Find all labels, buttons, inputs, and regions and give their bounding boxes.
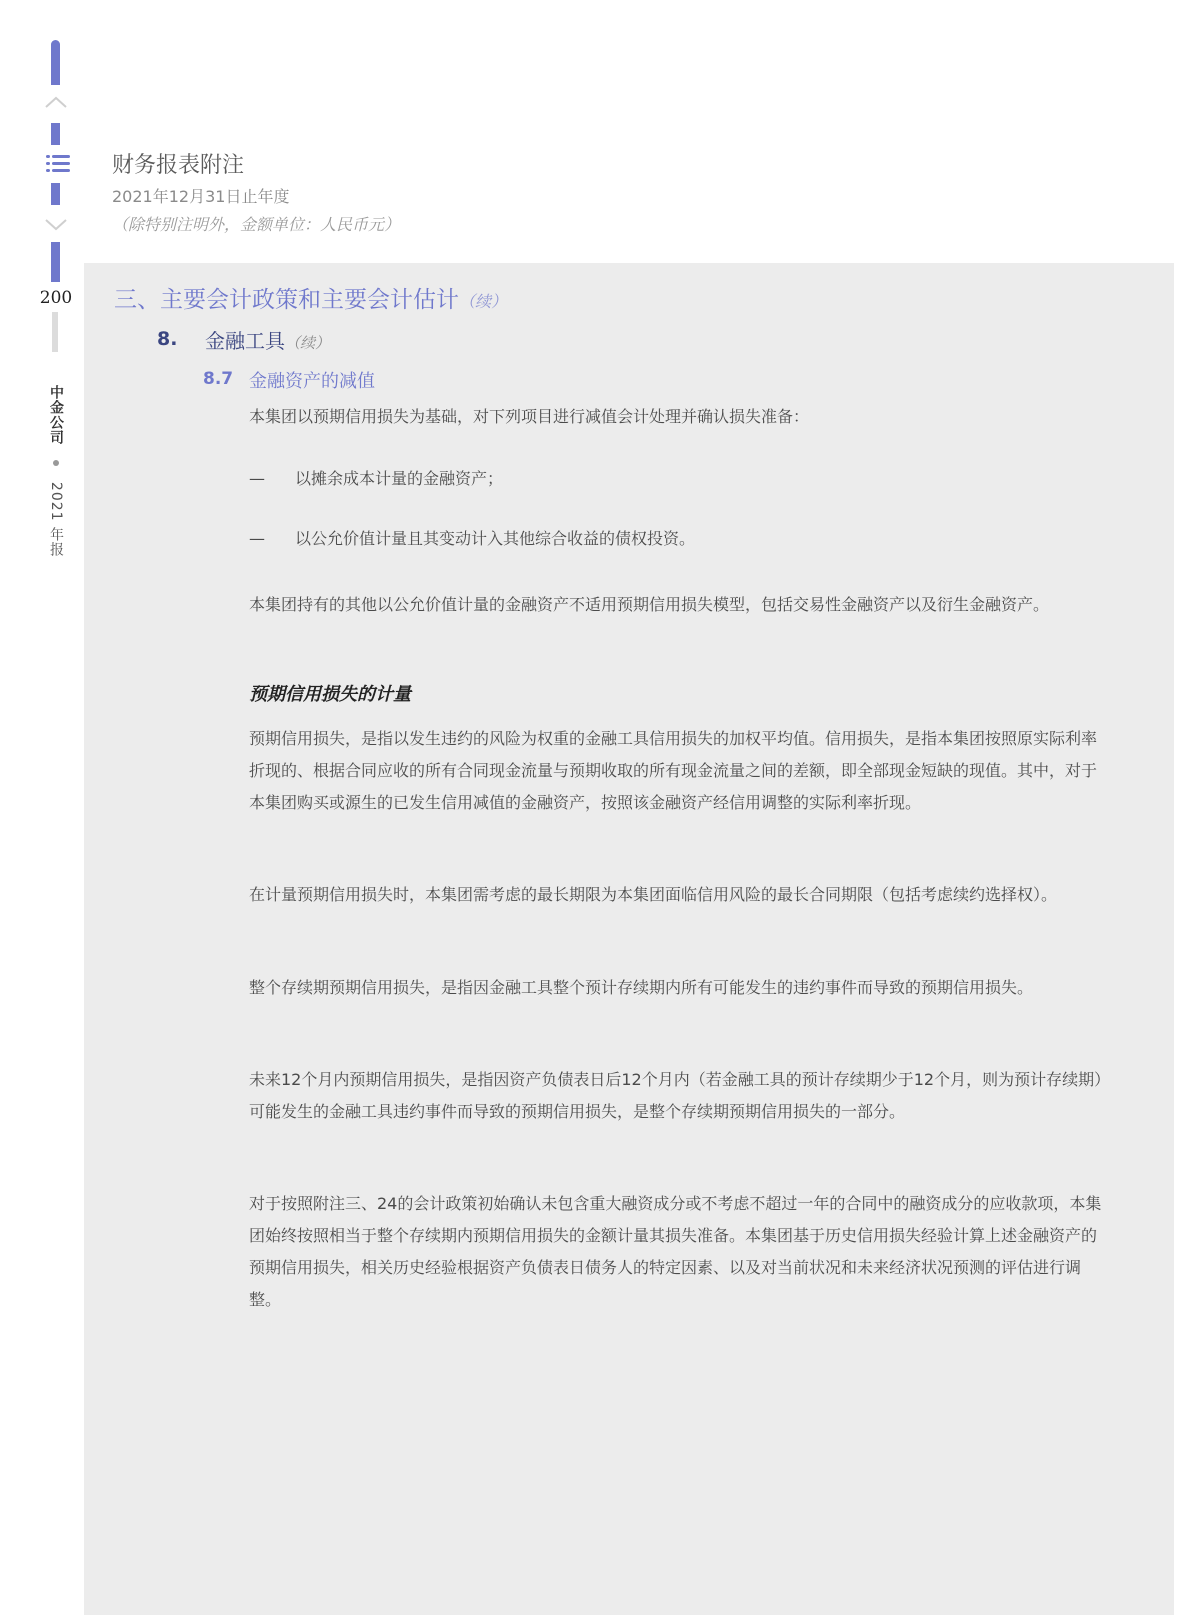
unit-note: （除特别注明外，金额单位：人民币元）: [112, 212, 400, 235]
continued-label: （续）: [285, 334, 330, 352]
page-number: 200: [30, 288, 82, 308]
dash-marker: —: [249, 469, 295, 488]
paragraph: 预期信用损失，是指以发生违约的风险为权重的金融工具信用损失的加权平均值。信用损失…: [249, 723, 1105, 819]
content-panel: [84, 263, 1174, 1615]
subsection-heading: 金融工具（续）: [205, 325, 330, 354]
chevron-up-icon[interactable]: [44, 95, 68, 109]
paragraph: 本集团持有的其他以公允价值计量的金融资产不适用预期信用损失模型，包括交易性金融资…: [249, 589, 1105, 621]
document-title: 财务报表附注: [112, 148, 244, 179]
section-title: 三、主要会计政策和主要会计估计: [114, 287, 459, 313]
paragraph: 未来12个月内预期信用损失，是指因资产负债表日后12个月内（若金融工具的预计存续…: [249, 1064, 1105, 1128]
subsubsection-number: 8.7: [203, 369, 233, 389]
intro-paragraph: 本集团以预期信用损失为基础，对下列项目进行减值会计处理并确认损失准备：: [249, 401, 1105, 433]
separator-dot: [53, 460, 59, 466]
nav-bar-segment: [51, 183, 60, 205]
subsection-number: 8.: [157, 328, 177, 350]
nav-bar-segment: [51, 242, 60, 282]
report-year: 2021 年报: [48, 482, 64, 557]
paragraph: 整个存续期预期信用损失，是指因金融工具整个预计存续期内所有可能发生的违约事件而导…: [249, 972, 1105, 1004]
subheading: 预期信用损失的计量: [249, 680, 411, 706]
list-item-text: 以公允价值计量且其变动计入其他综合收益的债权投资。: [295, 529, 695, 548]
list-item: —以摊余成本计量的金融资产；: [249, 466, 503, 489]
chevron-down-icon[interactable]: [44, 218, 68, 232]
dash-marker: —: [249, 529, 295, 548]
side-navigation: 200 中金公司 2021 年报: [0, 0, 84, 1615]
nav-bar-segment-inactive: [52, 312, 58, 352]
period-label: 2021年12月31日止年度: [112, 184, 289, 207]
section-heading: 三、主要会计政策和主要会计估计（续）: [114, 281, 507, 314]
subsubsection-title: 金融资产的减值: [249, 367, 375, 393]
company-name: 中金公司: [48, 385, 64, 445]
paragraph: 在计量预期信用损失时，本集团需考虑的最长期限为本集团面临信用风险的最长合同期限（…: [249, 879, 1105, 911]
paragraph: 对于按照附注三、24的会计政策初始确认未包含重大融资成分或不考虑不超过一年的合同…: [249, 1188, 1105, 1316]
nav-bar-segment: [51, 40, 60, 85]
list-item: —以公允价值计量且其变动计入其他综合收益的债权投资。: [249, 526, 695, 549]
subsection-title: 金融工具: [205, 329, 285, 353]
menu-list-icon[interactable]: [46, 152, 70, 176]
nav-bar-segment: [51, 123, 60, 145]
continued-label: （续）: [459, 292, 507, 311]
report-label: 中金公司 2021 年报: [46, 385, 66, 557]
list-item-text: 以摊余成本计量的金融资产；: [295, 469, 503, 488]
